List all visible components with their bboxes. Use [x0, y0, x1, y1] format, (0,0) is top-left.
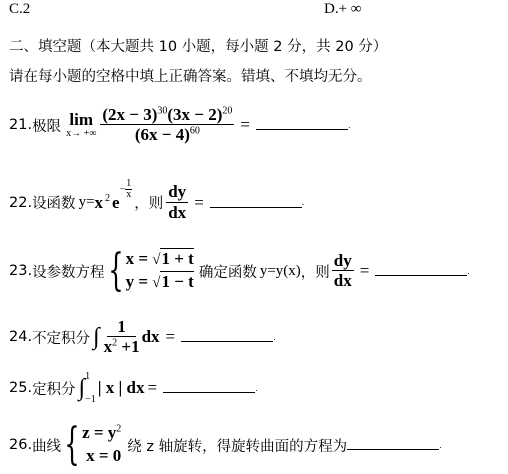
- q23-func: y=y(x): [260, 263, 301, 280]
- q26-eq1: z = y2: [82, 422, 121, 445]
- q25-limits: 1 −1: [85, 371, 96, 405]
- lim-label: lim: [69, 111, 93, 128]
- option-d: D.+ ∞: [324, 1, 362, 18]
- question-21: 21. 极限 lim x→ +∞ (2x − 3)30(3x − 2)20 (6…: [9, 95, 351, 155]
- question-24: 24. 不定积分 ∫ 1 x2 +1 dx = .: [9, 312, 276, 362]
- q21-period: .: [348, 121, 351, 130]
- upper-limit: 1: [85, 371, 96, 382]
- q21-number: 21.: [9, 117, 32, 133]
- q25-prefix: 定积分: [32, 378, 76, 399]
- lower-limit: −1: [85, 394, 96, 405]
- q25-number: 25.: [9, 380, 32, 396]
- q21-prefix: 极限: [32, 115, 61, 136]
- section-instruction: 请在每小题的空格中填上正确答案。错填、不填均无分。: [9, 65, 372, 86]
- q21-denominator: (6x − 4)60: [133, 125, 202, 145]
- q22-x: x: [95, 193, 104, 213]
- q22-derivative: dy dx: [166, 182, 188, 223]
- q24-fraction: 1 x2 +1: [102, 317, 142, 358]
- q23-middle: 确定函数: [199, 261, 257, 282]
- q21-answer-blank[interactable]: [256, 128, 348, 130]
- section-title: 二、填空题（本大题共 10 小题，每小题 2 分，共 20 分）: [9, 35, 387, 56]
- q24-answer-blank[interactable]: [181, 340, 273, 342]
- q24-number: 24.: [9, 329, 32, 345]
- left-brace-icon: {: [108, 249, 123, 293]
- q22-number: 22.: [9, 195, 32, 211]
- q22-equals: =: [194, 193, 204, 213]
- q21-equals: =: [240, 115, 250, 135]
- lim-subscript: x→ +∞: [66, 128, 96, 139]
- q21-numerator: (2x − 3)30(3x − 2)20: [100, 105, 234, 126]
- q25-period: .: [255, 384, 258, 393]
- q23-number: 23.: [9, 263, 32, 279]
- q22-answer-blank[interactable]: [210, 206, 302, 208]
- q23-then: ，则: [301, 261, 330, 282]
- q26-eq2: x = 0: [82, 445, 121, 468]
- question-26: 26. 曲线 { z = y2 x = 0 绕 z 轴旋转，得旋转曲面的方程为 …: [9, 419, 442, 471]
- q25-integrand: | x | dx: [98, 378, 145, 398]
- q25-answer-blank[interactable]: [163, 391, 255, 393]
- q26-number: 26.: [9, 437, 32, 453]
- q22-then: ，则: [134, 192, 163, 213]
- q21-fraction: (2x − 3)30(3x − 2)20 (6x − 4)60: [100, 105, 234, 146]
- question-25: 25. 定积分 ∫ 1 −1 | x | dx = .: [9, 368, 258, 408]
- q23-eq1: x = √1 + t: [126, 248, 194, 271]
- q26-system: z = y2 x = 0: [82, 422, 121, 468]
- question-23: 23. 设参数方程 { x = √1 + t y = √1 − t 确定函数 y…: [9, 243, 470, 299]
- q26-answer-blank[interactable]: [347, 448, 439, 450]
- integral-icon: ∫: [93, 324, 100, 351]
- q22-period: .: [302, 198, 305, 207]
- q23-answer-blank[interactable]: [375, 274, 467, 276]
- q22-prefix: 设函数: [32, 192, 76, 213]
- option-c: C.2: [9, 1, 30, 18]
- q22-e: e: [112, 193, 120, 213]
- q23-prefix: 设参数方程: [32, 261, 105, 282]
- q23-equals: =: [360, 261, 370, 281]
- q26-prefix: 曲线: [32, 435, 61, 456]
- q23-system: x = √1 + t y = √1 − t: [126, 248, 194, 294]
- left-brace-icon: {: [64, 423, 79, 467]
- definite-integral-icon: ∫: [79, 375, 86, 402]
- q24-dx: dx: [142, 327, 160, 347]
- q26-text: 绕 z 轴旋转，得旋转曲面的方程为: [127, 435, 347, 456]
- q24-period: .: [273, 333, 276, 342]
- q22-x-exp: 2: [105, 193, 110, 204]
- q23-eq2: y = √1 − t: [126, 271, 194, 294]
- question-22: 22. 设函数 y= x 2 e − 1 x ，则 dy dx = .: [9, 175, 304, 230]
- q22-func: y=: [79, 194, 95, 211]
- q24-prefix: 不定积分: [32, 327, 90, 348]
- q23-period: .: [467, 267, 470, 276]
- q22-e-exponent: − 1 x: [120, 179, 133, 200]
- q24-equals: =: [166, 327, 176, 347]
- q23-derivative: dy dx: [332, 251, 354, 292]
- q25-equals: =: [147, 378, 157, 398]
- q21-limit: lim x→ +∞: [66, 111, 96, 139]
- q26-period: .: [439, 441, 442, 450]
